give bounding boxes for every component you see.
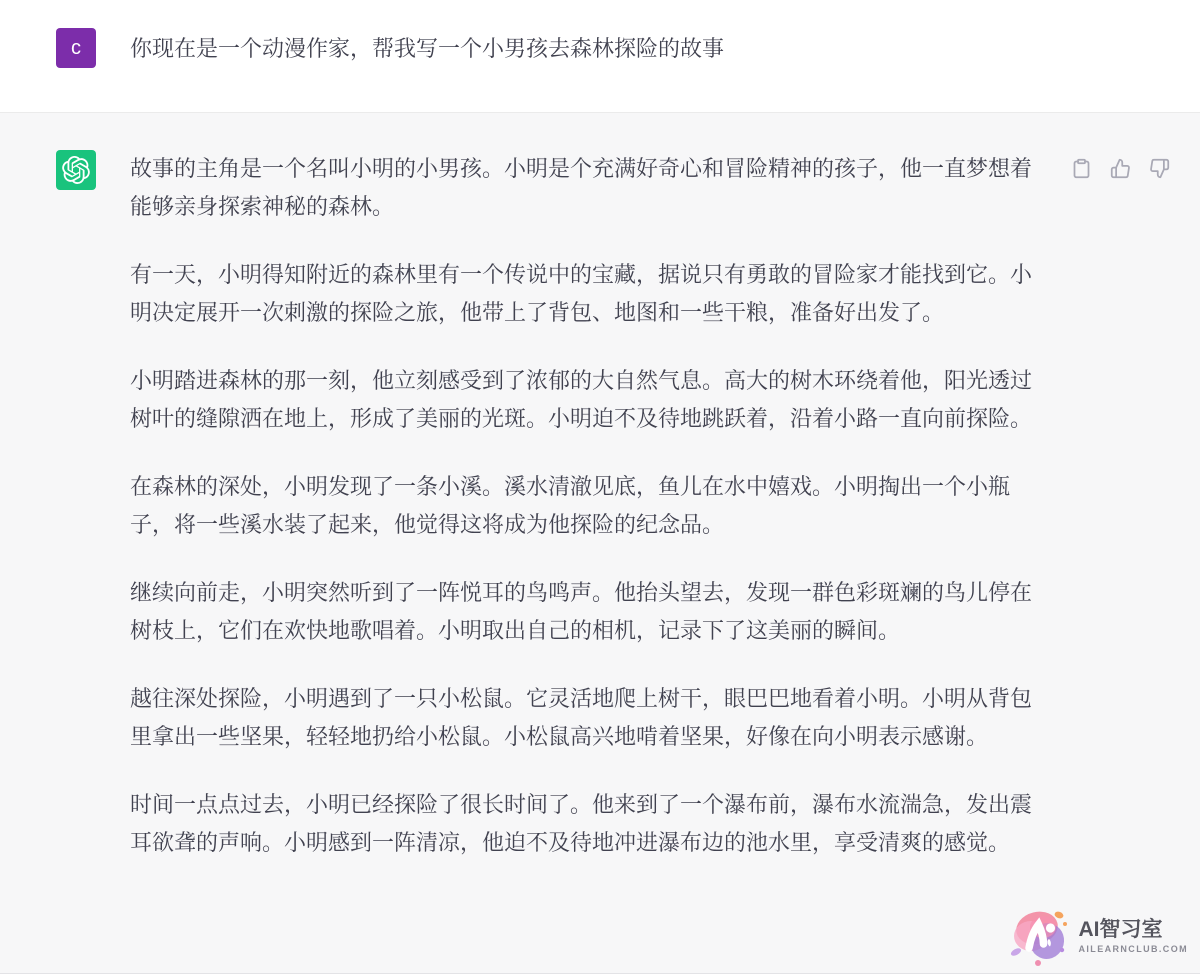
- story-paragraph: 小明踏进森林的那一刻，他立刻感受到了浓郁的大自然气息。高大的树木环绕着他，阳光透…: [130, 362, 1035, 438]
- watermark-text: AI智习室 AILEARNCLUB.COM: [1079, 918, 1189, 954]
- copy-button[interactable]: [1071, 158, 1092, 179]
- clipboard-icon: [1071, 158, 1092, 179]
- thumbs-up-icon: [1110, 158, 1131, 179]
- watermark-subtitle: AILEARNCLUB.COM: [1079, 944, 1189, 954]
- assistant-message-text: 故事的主角是一个名叫小明的小男孩。小明是个充满好奇心和冒险精神的孩子，他一直梦想…: [130, 150, 1035, 862]
- watermark-title: AI智习室: [1079, 918, 1189, 941]
- thumbs-down-icon: [1149, 158, 1170, 179]
- openai-logo-icon: [62, 156, 90, 184]
- thumbs-down-button[interactable]: [1149, 158, 1170, 179]
- story-paragraph: 故事的主角是一个名叫小明的小男孩。小明是个充满好奇心和冒险精神的孩子，他一直梦想…: [130, 150, 1035, 226]
- story-paragraph: 在森林的深处，小明发现了一条小溪。溪水清澈见底，鱼儿在水中嬉戏。小明掏出一个小瓶…: [130, 468, 1035, 544]
- user-avatar: c: [56, 28, 96, 68]
- ailearnclub-logo-icon: [1007, 903, 1073, 969]
- assistant-avatar: [56, 150, 96, 190]
- user-message-text: 你现在是一个动漫作家，帮我写一个小男孩去森林探险的故事: [130, 28, 724, 69]
- story-paragraph: 继续向前走，小明突然听到了一阵悦耳的鸟鸣声。他抬头望去，发现一群色彩斑斓的鸟儿停…: [130, 574, 1035, 650]
- assistant-message-row: 故事的主角是一个名叫小明的小男孩。小明是个充满好奇心和冒险精神的孩子，他一直梦想…: [0, 113, 1200, 974]
- story-paragraph: 有一天，小明得知附近的森林里有一个传说中的宝藏，据说只有勇敢的冒险家才能找到它。…: [130, 256, 1035, 332]
- thumbs-up-button[interactable]: [1110, 158, 1131, 179]
- story-paragraph: 越往深处探险，小明遇到了一只小松鼠。它灵活地爬上树干，眼巴巴地看着小明。小明从背…: [130, 680, 1035, 756]
- story-paragraph: 时间一点点过去，小明已经探险了很长时间了。他来到了一个瀑布前，瀑布水流湍急，发出…: [130, 786, 1035, 862]
- user-avatar-letter: c: [71, 38, 81, 58]
- watermark: AI智习室 AILEARNCLUB.COM: [1007, 903, 1189, 969]
- user-message-row: c 你现在是一个动漫作家，帮我写一个小男孩去森林探险的故事: [0, 0, 1200, 113]
- message-actions: [1071, 150, 1170, 179]
